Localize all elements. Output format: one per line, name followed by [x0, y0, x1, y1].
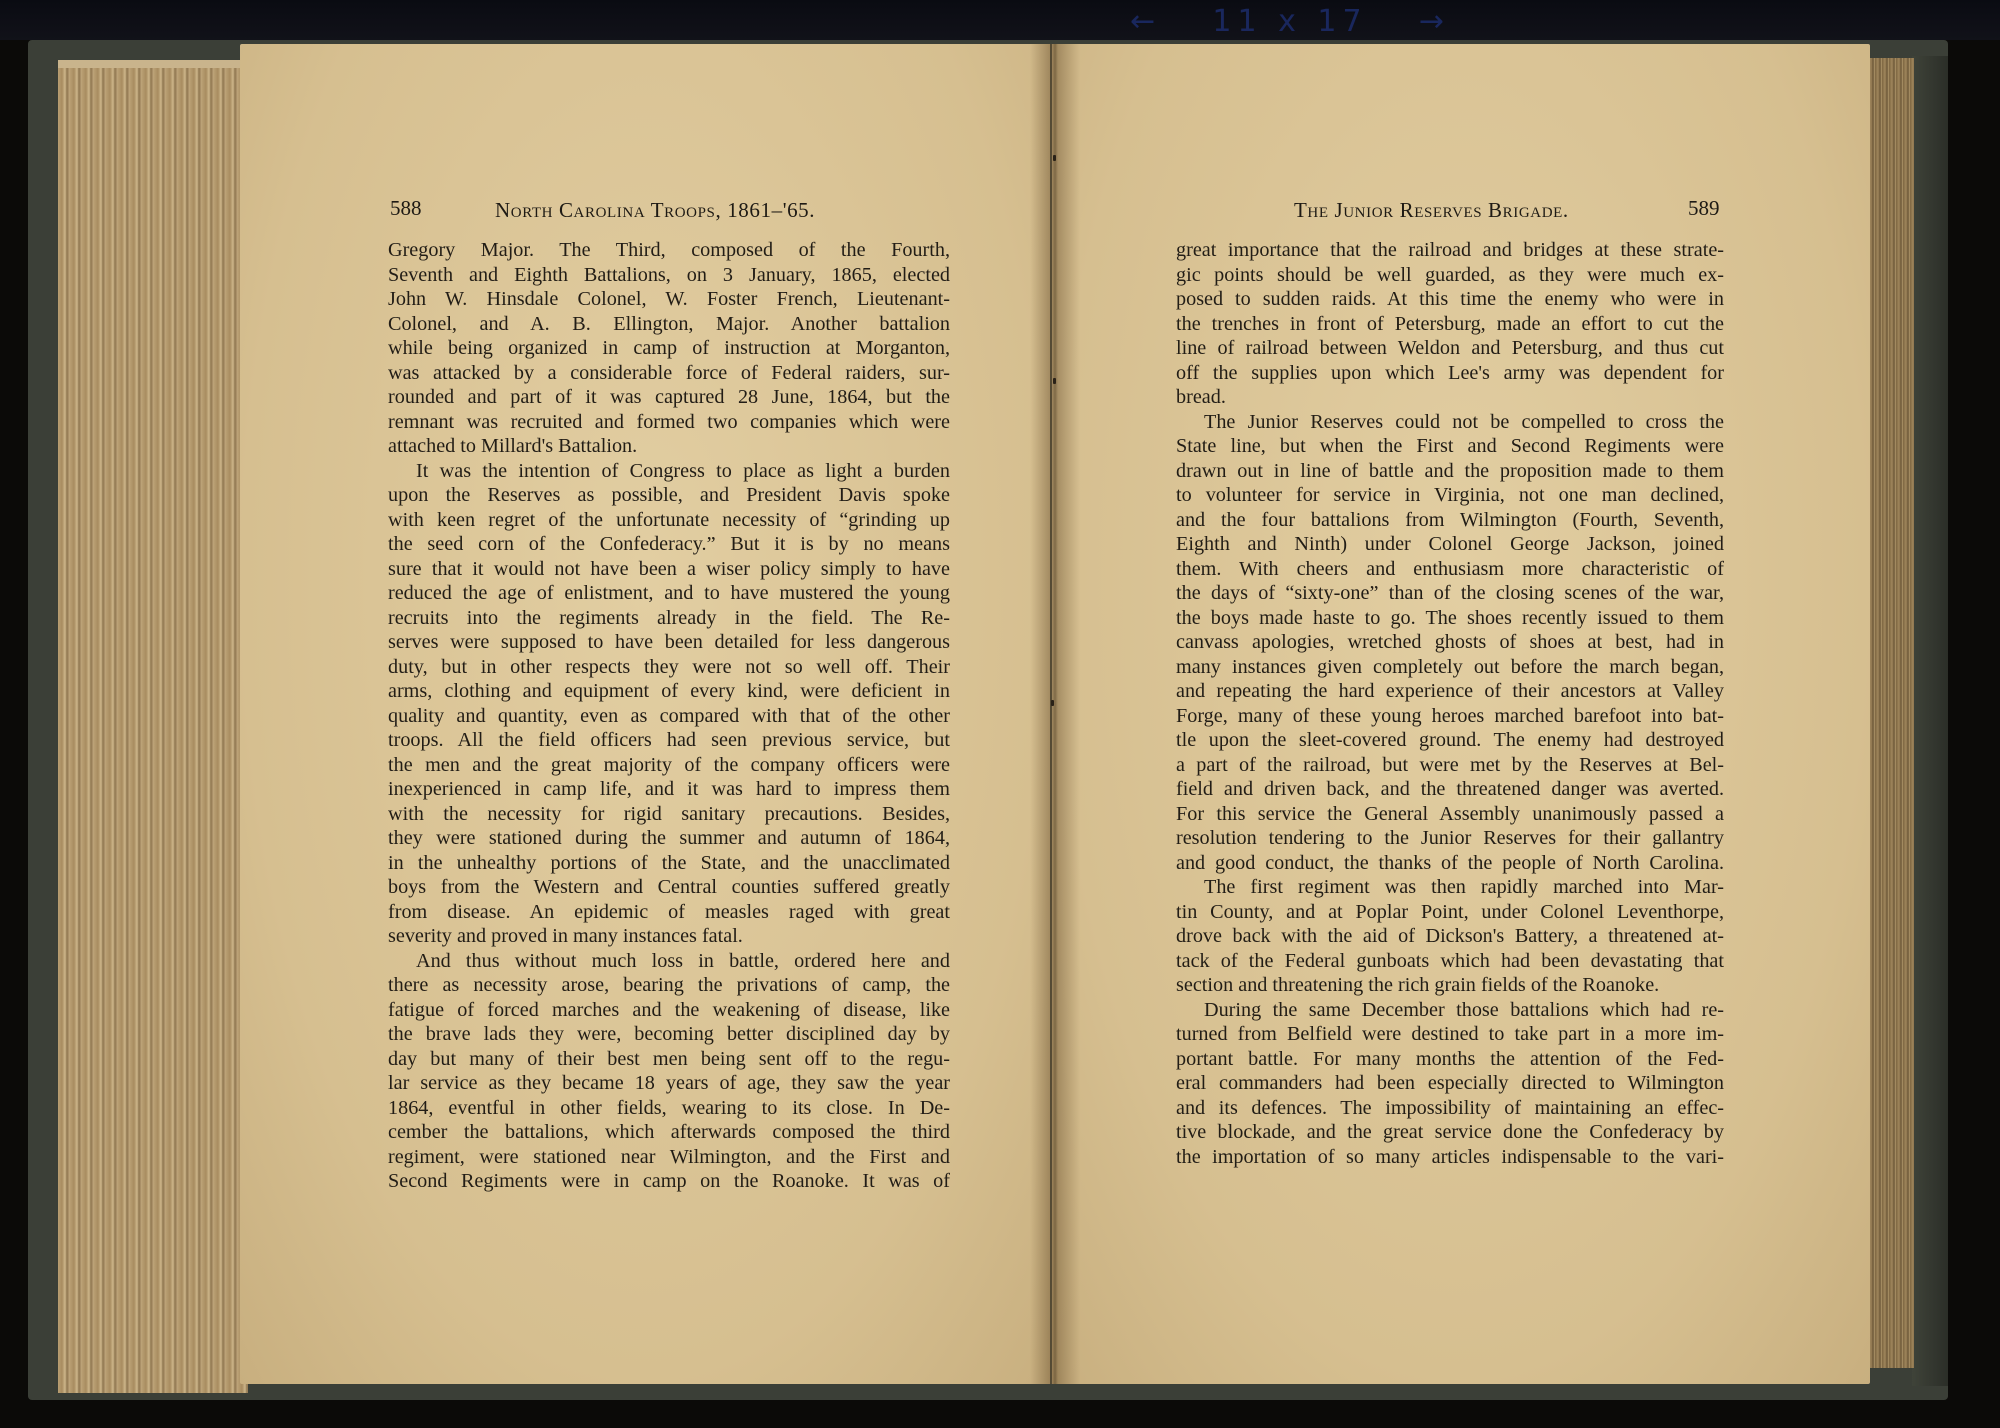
text-line: many instances given completely out befo… — [1176, 655, 1724, 680]
text-line: remnant was recruited and formed two com… — [388, 410, 950, 435]
text-line: drawn out in line of battle and the prop… — [1176, 459, 1724, 484]
text-line: the importation of so many articles indi… — [1176, 1145, 1724, 1170]
text-line: a part of the railroad, but were met by … — [1176, 753, 1724, 778]
text-line: Forge, many of these young heroes marche… — [1176, 704, 1724, 729]
text-line: Seventh and Eighth Battalions, on 3 Janu… — [388, 263, 950, 288]
text-line: rounded and part of it was captured 28 J… — [388, 385, 950, 410]
text-line: tin County, and at Poplar Point, under C… — [1176, 900, 1724, 925]
text-line: severity and proved in many instances fa… — [388, 924, 950, 949]
text-line: turned from Belfield were destined to ta… — [1176, 1022, 1724, 1047]
text-line: they were stationed during the summer an… — [388, 826, 950, 851]
text-line: John W. Hinsdale Colonel, W. Foster Fren… — [388, 287, 950, 312]
arrow-right-icon: → — [1419, 4, 1450, 39]
text-line: off the supplies upon which Lee's army w… — [1176, 361, 1724, 386]
text-line: fatigue of forced marches and the weaken… — [388, 998, 950, 1023]
text-line: was attacked by a considerable force of … — [388, 361, 950, 386]
running-head-left: North Carolina Troops, 1861–'65. — [495, 198, 815, 228]
page-number-left: 588 — [390, 196, 422, 221]
text-line: sure that it would not have been a wiser… — [388, 557, 950, 582]
margin-mark — [1053, 378, 1056, 384]
margin-mark — [1051, 700, 1054, 706]
text-line: posed to sudden raids. At this time the … — [1176, 287, 1724, 312]
running-head-right: The Junior Reserves Brigade. — [1294, 198, 1569, 228]
text-line: the boys made haste to go. The shoes rec… — [1176, 606, 1724, 631]
text-line: The first regiment was then rapidly marc… — [1176, 875, 1724, 900]
right-page-body: great importance that the railroad and b… — [1176, 238, 1724, 1169]
text-line: and repeating the hard experience of the… — [1176, 679, 1724, 704]
arrow-left-icon: ← — [1130, 4, 1161, 39]
text-line: resolution tendering to the Junior Reser… — [1176, 826, 1724, 851]
size-label: 11 x 17 — [1212, 4, 1367, 39]
scanner-background: ← 11 x 17 → — [0, 0, 2000, 40]
text-line: line of railroad between Weldon and Pete… — [1176, 336, 1724, 361]
left-page-body: Gregory Major. The Third, composed of th… — [388, 238, 950, 1194]
text-line: in the unhealthy portions of the State, … — [388, 851, 950, 876]
text-line: with the necessity for rigid sanitary pr… — [388, 802, 950, 827]
text-line: section and threatening the rich grain f… — [1176, 973, 1724, 998]
text-line: inexperienced in camp life, and it was h… — [388, 777, 950, 802]
page-stack-left — [58, 60, 248, 1393]
text-line: while being organized in camp of instruc… — [388, 336, 950, 361]
text-line: the seed corn of the Confederacy.” But i… — [388, 532, 950, 557]
text-line: arms, clothing and equipment of every ki… — [388, 679, 950, 704]
text-line: great importance that the railroad and b… — [1176, 238, 1724, 263]
text-line: lar service as they became 18 years of a… — [388, 1071, 950, 1096]
text-line: reduced the age of enlistment, and to ha… — [388, 581, 950, 606]
text-line: upon the Reserves as possible, and Presi… — [388, 483, 950, 508]
text-line: to volunteer for service in Virginia, no… — [1176, 483, 1724, 508]
text-line: and good conduct, the thanks of the peop… — [1176, 851, 1724, 876]
text-line: and its defences. The impossibility of m… — [1176, 1096, 1724, 1121]
text-line: tive blockade, and the great service don… — [1176, 1120, 1724, 1145]
text-line: For this service the General Assembly un… — [1176, 802, 1724, 827]
text-line: attached to Millard's Battalion. — [388, 434, 950, 459]
text-line: duty, but in other respects they were no… — [388, 655, 950, 680]
text-line: portant battle. For many months the atte… — [1176, 1047, 1724, 1072]
text-line: cember the battalions, which afterwards … — [388, 1120, 950, 1145]
text-line: The Junior Reserves could not be compell… — [1176, 410, 1724, 435]
text-line: serves were supposed to have been detail… — [388, 630, 950, 655]
page-number-right: 589 — [1688, 196, 1720, 221]
text-line: tle upon the sleet-covered ground. The e… — [1176, 728, 1724, 753]
text-line: there as necessity arose, bearing the pr… — [388, 973, 950, 998]
text-line: recruits into the regiments already in t… — [388, 606, 950, 631]
page-stack-right — [1868, 58, 1914, 1368]
text-line: day but many of their best men being sen… — [388, 1047, 950, 1072]
text-line: During the same December those battalion… — [1176, 998, 1724, 1023]
text-line: bread. — [1176, 385, 1724, 410]
text-line: from disease. An epidemic of measles rag… — [388, 900, 950, 925]
text-line: 1864, eventful in other fields, wearing … — [388, 1096, 950, 1121]
text-line: the brave lads they were, becoming bette… — [388, 1022, 950, 1047]
text-line: the days of “sixty-one” than of the clos… — [1176, 581, 1724, 606]
text-line: quality and quantity, even as compared w… — [388, 704, 950, 729]
text-line: field and driven back, and the threatene… — [1176, 777, 1724, 802]
text-line: drove back with the aid of Dickson's Bat… — [1176, 924, 1724, 949]
text-line: State line, but when the First and Secon… — [1176, 434, 1724, 459]
text-line: Second Regiments were in camp on the Roa… — [388, 1169, 950, 1194]
text-line: canvass apologies, wretched ghosts of sh… — [1176, 630, 1724, 655]
text-line: with keen regret of the unfortunate nece… — [388, 508, 950, 533]
book-gutter — [1030, 44, 1080, 1384]
text-line: and the four battalions from Wilmington … — [1176, 508, 1724, 533]
text-line: And thus without much loss in battle, or… — [388, 949, 950, 974]
text-line: regiment, were stationed near Wilmington… — [388, 1145, 950, 1170]
text-line: boys from the Western and Central counti… — [388, 875, 950, 900]
text-line: Colonel, and A. B. Ellington, Major. Ano… — [388, 312, 950, 337]
book-cover-edge — [1912, 56, 1948, 1386]
text-line: the trenches in front of Petersburg, mad… — [1176, 312, 1724, 337]
size-ruler-label: ← 11 x 17 → — [1130, 4, 1450, 38]
text-line: tack of the Federal gunboats which had b… — [1176, 949, 1724, 974]
text-line: troops. All the field officers had seen … — [388, 728, 950, 753]
text-line: It was the intention of Congress to plac… — [388, 459, 950, 484]
text-line: Eighth and Ninth) under Colonel George J… — [1176, 532, 1724, 557]
margin-mark — [1053, 155, 1056, 161]
text-line: gic points should be well guarded, as th… — [1176, 263, 1724, 288]
text-line: them. With cheers and enthusiasm more ch… — [1176, 557, 1724, 582]
text-line: the men and the great majority of the co… — [388, 753, 950, 778]
text-line: Gregory Major. The Third, composed of th… — [388, 238, 950, 263]
text-line: eral commanders had been especially dire… — [1176, 1071, 1724, 1096]
